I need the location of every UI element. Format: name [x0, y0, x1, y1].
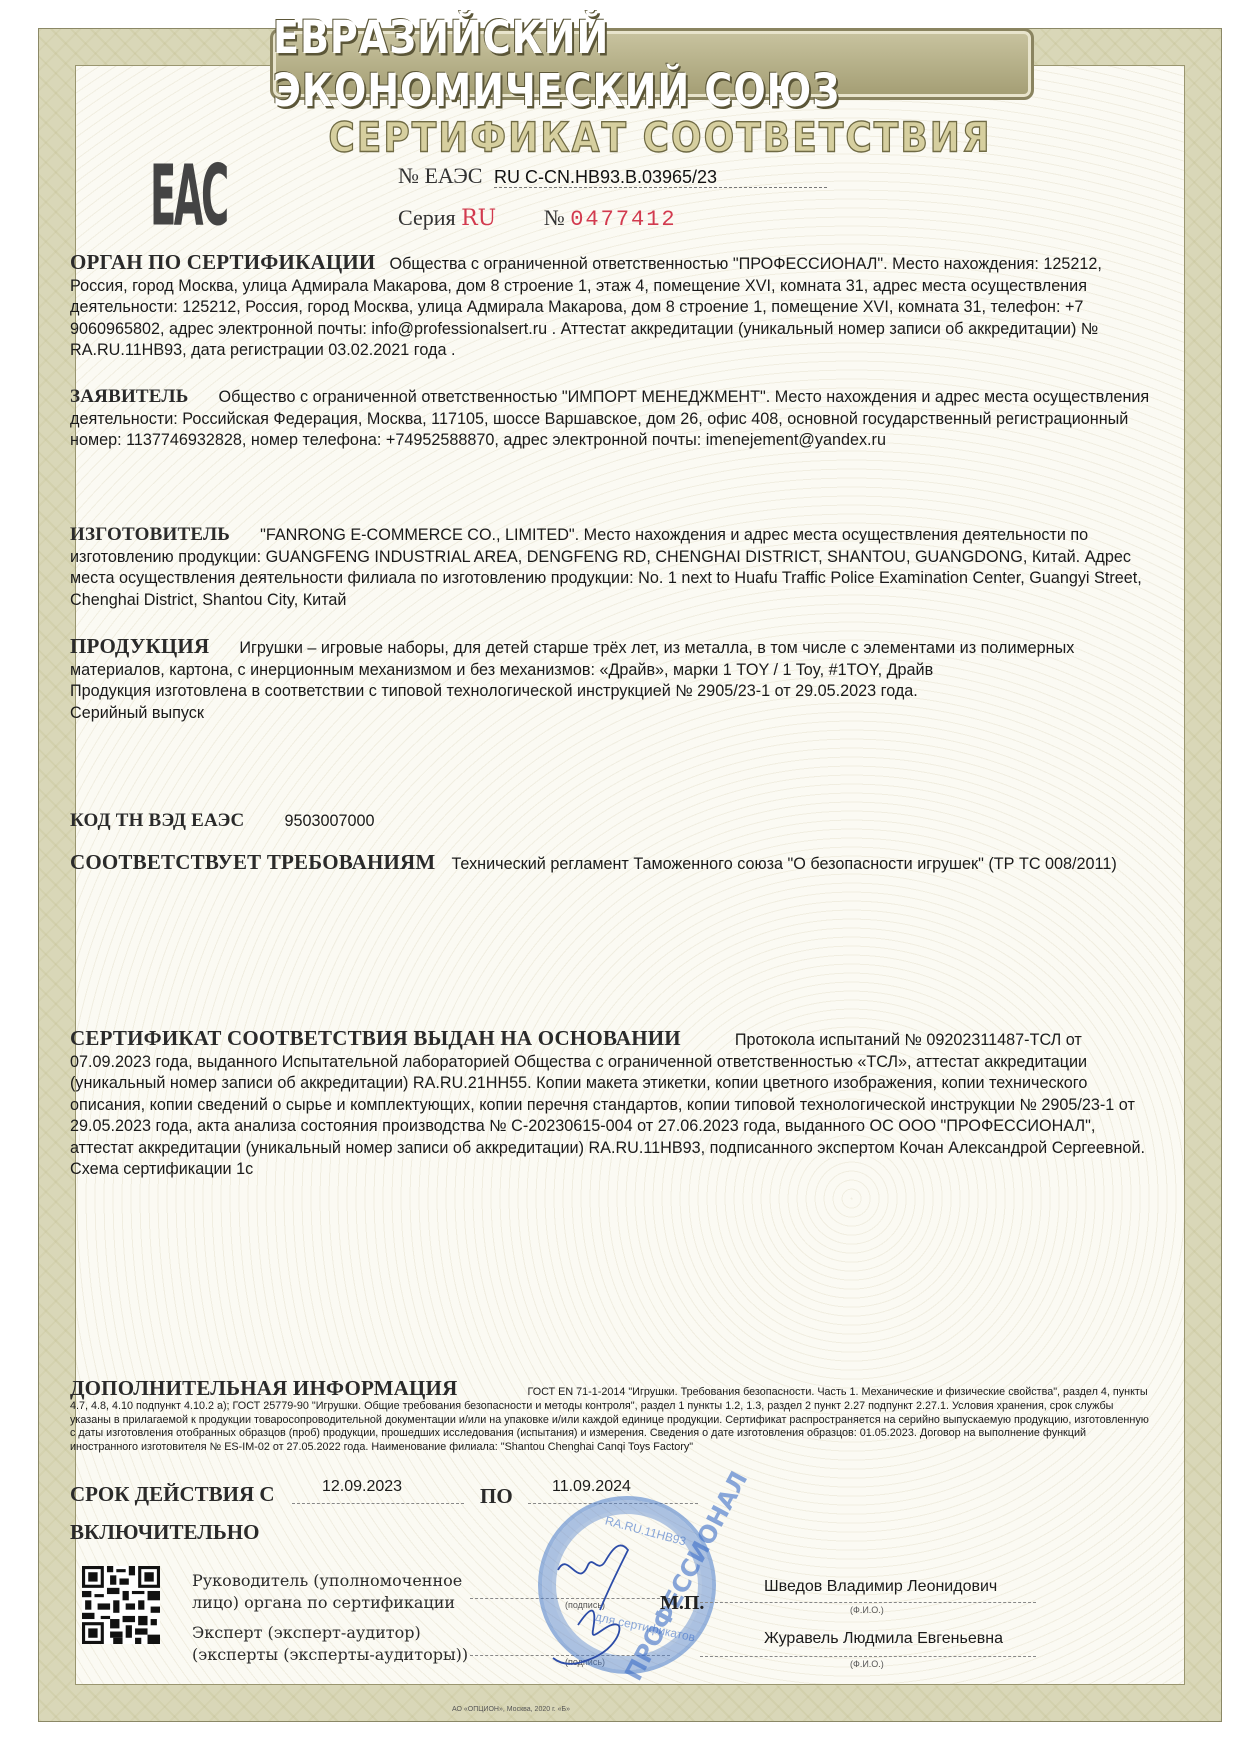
registration-number: RU C-CN.HB93.B.03965/23: [494, 167, 827, 188]
section-manufacturer: ИЗГОТОВИТЕЛЬ"FANRONG E-COMMERCE CO., LIM…: [70, 524, 1150, 611]
head-label-line2: лицо) органа по сертификации: [192, 1593, 455, 1612]
head-fio-caption: (Ф.И.О.): [850, 1605, 884, 1615]
handwritten-signatures: [548, 1530, 668, 1670]
head-signatory-label: Руководитель (уполномоченное лицо) орган…: [192, 1570, 462, 1614]
expert-fio-caption: (Ф.И.О.): [850, 1659, 884, 1669]
product-instruction: Продукция изготовлена в соответствии с т…: [70, 682, 918, 700]
section-heading: СЕРТИФИКАТ СООТВЕТСТВИЯ ВЫДАН НА ОСНОВАН…: [70, 1026, 681, 1050]
printer-imprint: АО «ОПЦИОН», Москва, 2020 г. «Б»: [452, 1706, 570, 1713]
head-label-line1: Руководитель (уполномоченное: [192, 1571, 462, 1590]
series-label: Серия: [398, 205, 456, 230]
expert-name: Журавель Людмила Евгеньевна: [764, 1630, 1003, 1648]
series-line: Серия RU № 0477412: [398, 205, 677, 232]
from-date-underline: [292, 1503, 464, 1504]
section-heading: ДОПОЛНИТЕЛЬНАЯ ИНФОРМАЦИЯ: [70, 1376, 457, 1400]
section-certification-body: ОРГАН ПО СЕРТИФИКАЦИИОбщества с ограниче…: [70, 252, 1150, 362]
section-heading: ЗАЯВИТЕЛЬ: [70, 386, 189, 407]
section-heading: ПРОДУКЦИЯ: [70, 634, 209, 658]
validity-from-date: 12.09.2023: [322, 1478, 402, 1496]
section-text: Протокола испытаний № 09202311487-ТСЛ от…: [70, 1031, 1145, 1178]
section-text: Общество с ограниченной ответственностью…: [70, 388, 1149, 449]
section-heading: ИЗГОТОВИТЕЛЬ: [70, 524, 230, 545]
head-name: Шведов Владимир Леонидович: [764, 1578, 997, 1596]
validity-from-label: СРОК ДЕЙСТВИЯ С: [70, 1482, 275, 1507]
section-basis: СЕРТИФИКАТ СООТВЕТСТВИЯ ВЫДАН НА ОСНОВАН…: [70, 1028, 1150, 1181]
section-heading: СООТВЕТСТВУЕТ ТРЕБОВАНИЯМ: [70, 850, 435, 874]
tn-ved-code: 9503007000: [284, 812, 374, 830]
expert-signatory-label: Эксперт (эксперт-аудитор) (эксперты (экс…: [192, 1622, 468, 1666]
expert-label-line2: (эксперты (эксперты-аудиторы)): [192, 1645, 468, 1664]
section-text: "FANRONG E-COMMERCE CO., LIMITED". Место…: [70, 526, 1142, 609]
seal-mark: М.П.: [660, 1592, 704, 1615]
section-heading: ОРГАН ПО СЕРТИФИКАЦИИ: [70, 250, 375, 274]
union-title: ЕВРАЗИЙСКИЙ ЭКОНОМИЧЕСКИЙ СОЮЗ: [273, 11, 1031, 117]
expert-label-line1: Эксперт (эксперт-аудитор): [192, 1623, 421, 1642]
validity-to-date: 11.09.2024: [552, 1478, 631, 1496]
certificate-title-text: СЕРТИФИКАТ СООТВЕТСТВИЯ: [328, 115, 991, 162]
qr-code-icon: [82, 1566, 160, 1644]
registration-label: № ЕАЭС: [398, 163, 482, 188]
head-name-line: [700, 1602, 1036, 1603]
registration-line: № ЕАЭС RU C-CN.HB93.B.03965/23: [398, 163, 827, 189]
section-product: ПРОДУКЦИЯИгрушки – игровые наборы, для д…: [70, 636, 1150, 724]
expert-name-line: [700, 1656, 1036, 1657]
section-requirements: СООТВЕТСТВУЕТ ТРЕБОВАНИЯМТехнический рег…: [70, 852, 1130, 876]
form-number-label: №: [544, 205, 565, 230]
section-heading: КОД ТН ВЭД ЕАЭС: [70, 810, 244, 831]
product-release-type: Серийный выпуск: [70, 704, 204, 722]
section-tn-ved: КОД ТН ВЭД ЕАЭС9503007000: [70, 810, 1150, 833]
section-text: Технический регламент Таможенного союза …: [451, 855, 1116, 873]
validity-to-label: ПО: [480, 1484, 513, 1509]
section-applicant: ЗАЯВИТЕЛЬОбщество с ограниченной ответст…: [70, 386, 1150, 452]
union-banner: ЕВРАЗИЙСКИЙ ЭКОНОМИЧЕСКИЙ СОЮЗ: [270, 28, 1034, 100]
section-text: Игрушки – игровые наборы, для детей стар…: [70, 639, 1074, 679]
section-additional: ДОПОЛНИТЕЛЬНАЯ ИНФОРМАЦИЯГОСТ EN 71-1-20…: [70, 1382, 1150, 1455]
series-value: RU: [461, 206, 496, 231]
validity-inclusive-label: ВКЛЮЧИТЕЛЬНО: [70, 1520, 259, 1545]
eac-logo: ЕАС: [150, 146, 227, 245]
form-number: 0477412: [570, 207, 676, 232]
